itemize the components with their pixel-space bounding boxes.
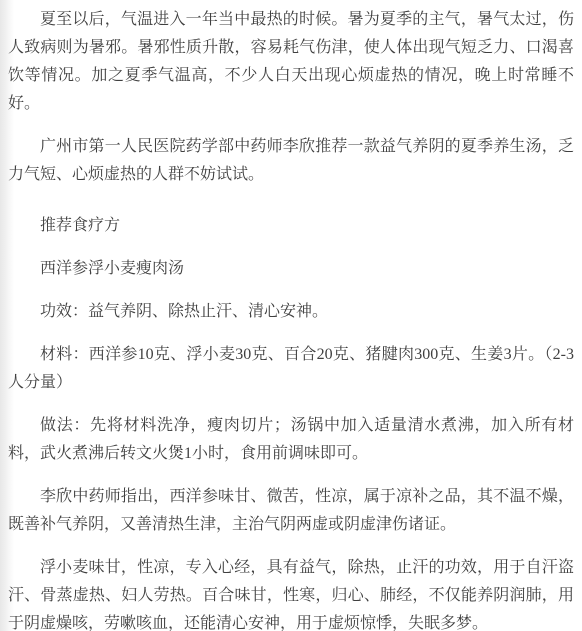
- paragraph-recipe-effects: 功效：益气养阴、除热止汗、清心安神。: [8, 298, 574, 326]
- paragraph-recipe-ingredients: 材料：西洋参10克、浮小麦30克、百合20克、猪腱肉300克、生姜3片。（2-3…: [8, 341, 574, 397]
- recipe-name: 西洋参浮小麦瘦肉汤: [8, 255, 574, 283]
- paragraph-recipe-method: 做法：先将材料洗净，瘦肉切片；汤锅中加入适量清水煮沸，加入所有材料，武火煮沸后转…: [8, 412, 574, 468]
- paragraph-summer-heat-intro: 夏至以后，气温进入一年当中最热的时候。暑为夏季的主气，暑气太过，伤人致病则为暑邪…: [8, 6, 574, 118]
- article-body: 夏至以后，气温进入一年当中最热的时候。暑为夏季的主气，暑气太过，伤人致病则为暑邪…: [0, 0, 582, 631]
- paragraph-expert-note-ginseng: 李欣中药师指出，西洋参味甘、微苦，性凉，属于凉补之品，其不温不燥，既善补气养阴，…: [8, 483, 574, 539]
- paragraph-pharmacist-recommendation: 广州市第一人民医院药学部中药师李欣推荐一款益气养阴的夏季养生汤，乏力气短、心烦虚…: [8, 133, 574, 189]
- paragraph-herb-details: 浮小麦味甘，性凉，专入心经，具有益气，除热，止汗的功效，用于自汗盗汗、骨蒸虚热、…: [8, 554, 574, 631]
- section-heading-recommended-recipe: 推荐食疗方: [8, 212, 574, 240]
- article-page: 夏至以后，气温进入一年当中最热的时候。暑为夏季的主气，暑气太过，伤人致病则为暑邪…: [0, 0, 582, 631]
